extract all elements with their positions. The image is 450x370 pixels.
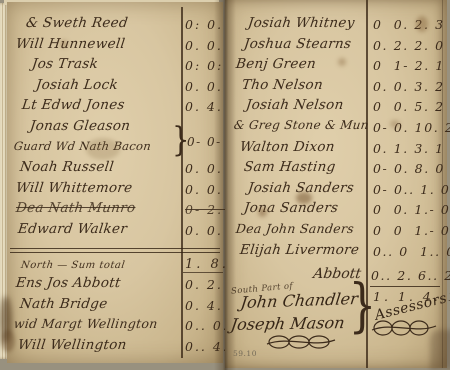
double-rule-bottom <box>10 252 220 253</box>
ledger-row: Elijah Livermore 0.. 0 1.. 0 <box>233 241 445 262</box>
ledger-row: Jos Trask 0: 0: 11. 0 <box>13 55 221 76</box>
ledger-row: Josiah Whitney 0 0. 2. 3 <box>233 14 445 35</box>
person-name: Josiah Sanders <box>233 180 355 196</box>
entry-list-lower-left: Ens Jos Abbott 0. 2. 1. 2 Nath Bridge 0.… <box>13 274 221 356</box>
amount-value: 0- 0.. 1. 0 <box>373 182 450 197</box>
person-name: Josiah Lock <box>13 77 119 93</box>
ledger-row: Ens Jos Abbott 0. 2. 1. 2 <box>13 274 221 295</box>
person-name: Noah Russell <box>13 159 115 175</box>
ledger-page-left: & Sweth Reed 0: 0. 4. 2 Will Hunnewell 0… <box>7 2 223 363</box>
subtotal-row: North — Sum total 1. 8. 7. 1 <box>13 256 221 276</box>
person-name: Josiah Nelson <box>233 97 345 113</box>
flourish-icon <box>371 318 437 338</box>
person-name: Joshua Stearns <box>233 36 352 52</box>
amount-value: 0. 2. 2. 0 <box>373 38 445 53</box>
person-name: Josiah Whitney <box>233 15 356 31</box>
flourish-icon <box>265 334 337 350</box>
ledger-row: Will Whittemore 0. 0. 4. 0 <box>13 179 221 200</box>
amount-value: 0 0. 1.- 0 <box>373 202 450 217</box>
subtotal-label: North — Sum total <box>20 260 126 271</box>
entry-list-right: Josiah Whitney 0 0. 2. 3 Joshua Stearns … <box>233 14 445 261</box>
ledger-row: Joshua Stearns 0. 2. 2. 0 <box>233 35 445 56</box>
amount-value: 0.. 2. 6.. 2 <box>371 268 450 283</box>
ledger-row: Will Wellington 0.. 4.. 0. 0 <box>13 336 221 357</box>
ledger-row: Walton Dixon 0. 1. 3. 1 <box>233 138 445 159</box>
person-name: Guard Wd Nath Bacon <box>13 139 152 153</box>
person-name: & Greg Stone & Mun <box>233 118 370 132</box>
ledger-row: Will Hunnewell 0. 0. 6. 2 <box>13 35 221 56</box>
person-name: Will Hunnewell <box>13 36 126 52</box>
ledger-row: Lt Edwd Jones 0. 4. 9. 0 <box>13 96 221 117</box>
person-name: & Sweth Reed <box>13 15 129 31</box>
ledger-row: Sam Hasting 0- 0. 8. 0 <box>233 158 445 179</box>
person-name: Walton Dixon <box>233 139 336 155</box>
person-name: Ens Jos Abbott <box>13 275 122 291</box>
amount-value: 0 1- 2. 1 <box>373 58 445 73</box>
ledger-row-struck: Dea Nath Munro 0- 2. 7- 0 <box>13 199 221 220</box>
ledger-row: Josiah Sanders 0- 0.. 1. 0 <box>233 179 445 200</box>
ledger-page-right: Josiah Whitney 0 0. 2. 3 Joshua Stearns … <box>225 0 447 368</box>
signature-joseph-mason: Joseph Mason <box>230 313 346 334</box>
ledger-row: Nath Bridge 0. 4. 9. 3 <box>13 295 221 316</box>
person-name: Lt Edwd Jones <box>13 97 126 113</box>
person-name: Dea Nath Munro <box>13 200 136 216</box>
amount-value: 0. 1. 3. 1 <box>373 141 445 156</box>
person-name: Sam Hasting <box>233 159 336 175</box>
subtotal-underline <box>183 272 223 273</box>
amount-value: 0- 0. 10. 2 <box>373 120 450 135</box>
entry-list-upper-left: & Sweth Reed 0: 0. 4. 2 Will Hunnewell 0… <box>13 14 221 241</box>
person-name: Tho Nelson <box>233 77 324 93</box>
person-name: Will Whittemore <box>13 180 133 196</box>
person-name: Jonas Gleason <box>13 118 131 134</box>
amount-value: 0 0 1.- 0 <box>373 223 450 238</box>
person-name: wid Margt Wellington <box>13 316 159 331</box>
person-name: Benj Green <box>233 56 317 72</box>
signature-john-chandler: John Chandler <box>240 289 360 312</box>
person-name: Will Wellington <box>13 337 128 353</box>
abbott-signature: Abbott <box>224 266 362 282</box>
amount-value: 0.. 0 1.. 0 <box>373 244 450 259</box>
person-name: Jona Sanders <box>233 200 339 216</box>
ledger-row: Jona Sanders 0 0. 1.- 0 <box>233 199 445 220</box>
ledger-row: Noah Russell 0. 0. 0. 3 <box>13 158 221 179</box>
total-rule <box>370 286 440 287</box>
ledger-row: Josiah Lock 0. 0. 5. 2 <box>13 76 221 97</box>
ledger-row: Tho Nelson 0. 0. 3. 2 <box>233 76 445 97</box>
person-name: Dea John Sanders <box>233 221 355 236</box>
double-rule-top <box>10 248 220 249</box>
ledger-row: Edward Walker 0. 0. 4. 1 <box>13 220 221 241</box>
ledger-row: Josiah Nelson 0 0. 5. 2 <box>233 96 445 117</box>
ledger-row: & Sweth Reed 0: 0. 4. 2 <box>13 14 221 35</box>
amount-value: 0. 0. 3. 2 <box>373 79 445 94</box>
ledger-row: Benj Green 0 1- 2. 1 <box>233 55 445 76</box>
person-name: Edward Walker <box>13 221 128 237</box>
person-name: Nath Bridge <box>13 296 109 312</box>
ledger-row: & Greg Stone & Mun 0- 0. 10. 2 <box>233 117 445 138</box>
amount-value: 0 0. 5. 2 <box>373 99 445 114</box>
ledger-row: Dea John Sanders 0 0 1.- 0 <box>233 220 445 241</box>
ledger-book-spread: & Sweth Reed 0: 0. 4. 2 Will Hunnewell 0… <box>0 0 450 370</box>
amount-value: 0 0. 2. 3 <box>373 17 445 32</box>
person-name: Jos Trask <box>13 56 99 72</box>
amount-value: 0- 0. 8. 0 <box>373 161 445 176</box>
pencil-note: 59.10 <box>233 349 257 358</box>
person-name: Elijah Livermore <box>233 242 360 258</box>
ledger-row: wid Margt Wellington 0.. 0.. 4. 3 <box>13 315 221 336</box>
